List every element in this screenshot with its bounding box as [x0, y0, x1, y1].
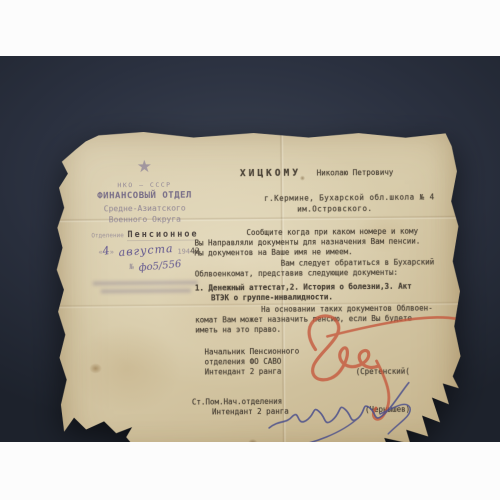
body-line: Вы Направляли документы для назначения В… — [194, 236, 420, 248]
addressee-heading: ХИЦКОМУ Николаю Петровичу — [240, 160, 394, 180]
handwritten-day: 4 — [102, 244, 111, 258]
signature-title-line: Ст.Пом.Нач.отделения — [192, 397, 289, 408]
body-paragraph-2: Вам следует обратиться в Бухарский Облво… — [195, 257, 435, 279]
paper-stain — [248, 439, 257, 442]
signature-title-line: Начальник Пенсионного — [204, 347, 299, 358]
document-letter: ★ НКО — СССР ФИНАНСОВЫЙ ОТДЕЛ Средне-Ази… — [54, 126, 465, 442]
letterhead-org-line: Средне-Азиатского — [62, 203, 227, 213]
body-paragraph-1: Сообщите когда при каком номере и кому В… — [194, 227, 420, 258]
signature-title-line: Интендант 2 ранга — [205, 366, 300, 377]
signature-title-line: Интендант 2 ранга — [192, 407, 289, 418]
department-label: Отделение — [91, 232, 124, 239]
paper-stain — [90, 363, 102, 373]
faded-print-line — [93, 281, 198, 286]
star-icon: ★ — [62, 156, 227, 177]
addressee-address-line: им.Островского. — [297, 204, 372, 214]
handwritten-month: августа — [118, 242, 174, 259]
addressee-address-line: г.Кермине, Бухарской обл.школа № 4 — [264, 192, 435, 202]
body-line: Мы документов на Ваше имя не имеем. — [195, 246, 421, 258]
letterhead-org-line: НКО — СССР — [62, 180, 227, 189]
body-line: иметь на это право. — [195, 323, 433, 335]
addressee-name: Николаю Петровичу — [317, 168, 394, 178]
photo-background: ★ НКО — СССР ФИНАНСОВЫЙ ОТДЕЛ Средне-Ази… — [0, 56, 500, 442]
letterhead-stamp: ★ НКО — СССР ФИНАНСОВЫЙ ОТДЕЛ Средне-Ази… — [62, 128, 227, 129]
number-sign: № — [129, 262, 134, 271]
department-value: Пенсионное — [127, 230, 198, 242]
letterhead-org-line: Военного Округа — [62, 214, 227, 224]
paper-stain — [71, 324, 182, 415]
body-document-list: 1. Денежный аттестат,2. История о болезн… — [195, 282, 412, 303]
letterhead-org-line: ФИНАНСОВЫЙ ОТДЕЛ — [62, 190, 227, 201]
chief-signature-block: Начальник Пенсионного отделения ФО САВО … — [204, 347, 299, 377]
chief-typed-name: (Сретенский( — [356, 367, 410, 376]
assistant-signature-block: Ст.Пом.Нач.отделения Интендант 2 ранга — [192, 397, 289, 417]
faded-print-line — [101, 289, 191, 294]
assistant-typed-name: (Чернышев) — [365, 405, 410, 414]
handwritten-number: фо5/556 — [138, 259, 182, 274]
printed-year: 194 — [177, 248, 190, 256]
body-line: Облвоенкомат, представив следующие докум… — [195, 267, 435, 279]
body-line: комат Вам может назначить пенсию, если В… — [195, 313, 433, 325]
body-line: ВТЭК о группе-инвалидности. — [195, 291, 412, 303]
document-shadow-wrap: ★ НКО — СССР ФИНАНСОВЫЙ ОТДЕЛ Средне-Ази… — [54, 126, 465, 442]
addressee-surname: ХИЦКОМУ — [240, 168, 301, 180]
body-paragraph-3: На основании таких документов Облвоен- к… — [195, 303, 433, 334]
